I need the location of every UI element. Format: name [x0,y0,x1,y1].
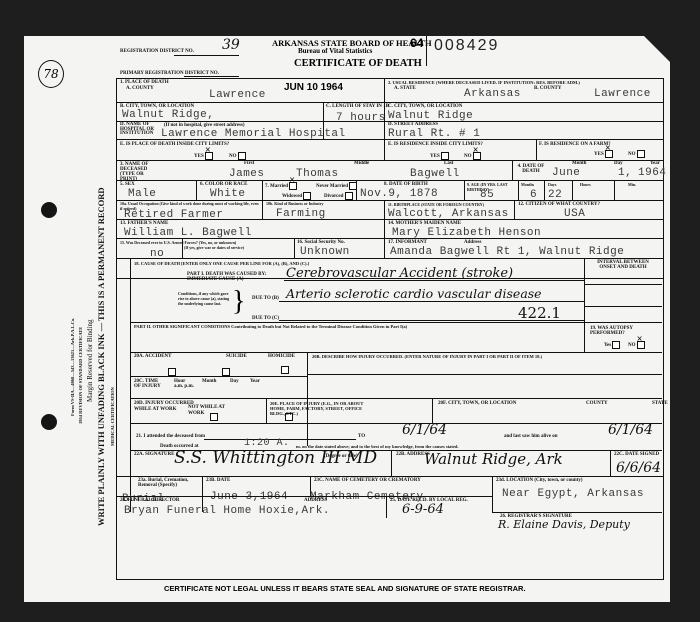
date-received: 6-9-64 [402,502,444,517]
res-inside-city-no[interactable]: NO [464,152,481,160]
farm-no[interactable]: NO [628,150,645,158]
interval-label: INTERVAL BETWEEN ONSET AND DEATH [588,260,658,270]
street-label: d. STREET ADDRESS [388,122,438,127]
residence-county: Lawrence [594,88,651,100]
yes-checkbox[interactable] [441,152,449,160]
year-label: Year [650,161,660,166]
hour-label: Hour a.m. p.m. [174,379,194,389]
birthplace: Walcott, Arkansas [388,208,509,220]
circled-number: 78 [38,60,64,88]
informant: Amanda Bagwell Rt 1, Walnut Ridge [390,246,624,258]
injury-city-label: 20f. CITY, TOWN, OR LOCATION [438,401,516,406]
father-name: William L. Bagwell [124,227,252,239]
brace: } [232,288,245,316]
death-month: June [552,167,580,179]
last-name: Bagwell [410,168,460,180]
date-of-death-label: 4. DATE OF DEATH [516,164,546,174]
industry-label: 10b. Kind of Business or Industry [266,201,324,206]
burial-date-label: 23b. DATE [206,478,230,483]
death-day: 1, [618,167,632,179]
armed-forces: no [150,248,164,260]
widowed-checkbox[interactable] [303,192,311,200]
director-address-label: ADDRESS [304,498,327,503]
funeral-director: Bryan Funeral Home Hoxie,Ark. [124,505,330,517]
part2-label: PART II. OTHER SIGNIFICANT CONDITIONS Co… [134,324,574,329]
residence-street: Rural Rt. # 1 [388,128,480,140]
months: 6 [530,189,537,201]
legal-notice: CERTIFICATE NOT LEGAL UNLESS IT BEARS ST… [164,584,526,593]
place-of-death-label: 1. PLACE OF DEATH [120,80,169,85]
day-label: Day [614,161,623,166]
burial-location: Near Egypt, Arkansas [502,488,644,500]
divorced-option[interactable]: Divorced [324,192,353,200]
armed-forces-dates-label: (If yes, give war or dates of service) [184,245,244,250]
reg-district-value: 39 [222,37,240,53]
county-label: a. COUNTY [126,86,154,91]
binding-note: Margin Reserved for Binding [86,320,94,403]
no-checkbox[interactable] [473,152,481,160]
autopsy-yes[interactable]: Yes [604,341,620,349]
certificate-number: 008429 [434,37,499,55]
homicide-checkbox[interactable] [281,366,289,374]
certificate-title: CERTIFICATE OF DEATH [294,58,422,69]
days-label: Days [548,182,556,187]
never-married-option[interactable]: Never Married [316,182,357,190]
farm-yes[interactable]: YES [594,150,613,158]
describe-injury-label: 20b. DESCRIBE HOW INJURY OCCURRED. (Ente… [312,354,542,359]
due-c-label: DUE TO (c) [252,316,279,321]
bureau-name: Bureau of Vital Statistics [298,47,372,55]
date-signed: 6/6/64 [616,460,661,476]
res-inside-city-yes[interactable]: YES [430,152,449,160]
never-married-checkbox[interactable] [349,182,357,190]
residence-city: Walnut Ridge [388,110,473,122]
res-inside-city-label: e. IS RESIDENCE INSIDE CITY LIMITS? [388,142,483,147]
homicide-label: HOMICIDE [268,354,295,359]
cause-label: 18. CAUSE OF DEATH [Enter only one cause… [134,261,309,266]
inside-city-no[interactable]: NO [229,152,246,160]
yes-checkbox[interactable] [605,150,613,158]
time-of-injury-label: 20c. TIME OF INJURY [134,379,164,389]
widowed-option[interactable]: Widowed [282,192,311,200]
stay-label: c. Length of Stay in 1b [326,104,389,109]
injury-state-label: STATE [652,401,668,406]
citizen: USA [564,208,585,220]
last-label: Last [444,161,453,166]
binding-hole [41,202,57,218]
race: White [210,188,246,200]
autopsy-yes-checkbox[interactable] [612,341,620,349]
ssn-label: 16. Social Security No. [297,240,345,245]
state-label: a. STATE [394,86,416,91]
middle-name: Thomas [296,168,339,180]
date-signed-label: 22c. DATE SIGNED [614,452,659,457]
dob-label: 8. DATE OF BIRTH [384,182,428,187]
immediate-cause: Cerebrovascular Accident (stroke) [286,266,513,281]
attended-label: 21. I attended the deceased from [136,434,205,439]
occupation: Retired Farmer [124,209,223,221]
autopsy-no[interactable]: NO [628,341,645,349]
citizen-label: 12. CITIZEN OF WHAT COUNTRY? [518,202,600,207]
injury-day-label: Day [230,379,239,384]
burial-method-label: 23a. Burial, Cremation, Removal (Specify… [138,478,198,488]
place-of-injury-label: 20e. PLACE OF INJURY (e.g., in or about … [270,401,370,416]
hospital-name: Lawrence Memorial Hospital [161,128,346,140]
signature-label: 22a. SIGNATURE [134,452,174,457]
received-stamp: JUN 10 1964 [284,82,343,93]
hospital-label: d. NAME OF HOSPITAL OR INSTITUTION [120,123,160,137]
year-code: 64 [410,36,423,50]
death-city: Walnut Ridge, [122,109,214,121]
attended-to: 6/1/64 [402,422,447,438]
physician-address: Walnut Ridge, Ark [424,450,563,468]
informant-label: 17. INFORMANT [388,240,427,245]
res-city-label: c. CITY, TOWN, OR LOCATION [388,104,462,109]
industry: Farming [276,208,326,220]
injury-month-label: Month [202,379,216,384]
res-county-label: b. COUNTY [534,86,562,91]
birthplace-label: 11. BIRTHPLACE (State or foreign country… [388,202,484,207]
months-label: Months [521,182,534,187]
last-saw-date: 6/1/64 [608,422,653,438]
informant-address-label: Address [464,240,481,245]
date-of-birth: Nov.9, 1878 [360,188,438,200]
death-year: 1964 [638,167,666,179]
first-label: First [244,161,254,166]
yes-checkbox[interactable] [205,152,213,160]
location-label: 23d. LOCATION (City, town, or county) [496,478,583,483]
ink-instruction: WRITE PLAINLY WITH UNFADING BLACK INK — … [96,187,106,526]
residence-state: Arkansas [464,88,521,100]
race-label: 6. COLOR OR RACE [200,182,248,187]
no-checkbox[interactable] [238,152,246,160]
mother-label: 14. MOTHER'S MAIDEN NAME [388,221,461,226]
reg-district-label: Registration District No. [120,49,194,54]
form-number: Form VS-IIA—4868—543—13621—Ark.P.A.L.Co. [70,318,75,416]
first-name: James [229,168,265,180]
hours-label: Hours [580,182,591,187]
at-work-label: 20d. INJURY OCCURRED WHILE AT WORK [134,401,194,413]
binding-hole [41,414,57,430]
married-checkbox[interactable] [289,182,297,190]
due-b-label: DUE TO (b) [252,296,279,301]
sex: Male [128,188,156,200]
farm-label: f. IS RESIDENCE ON A FARM? [539,142,611,147]
married-option[interactable]: 7. Married [265,182,297,190]
residence-label: 2. USUAL RESIDENCE (Where deceased lived… [388,80,580,85]
cemetery-label: 23c. NAME OF CEMETERY OR CREMATORY [314,478,421,483]
days: 22 [548,189,562,201]
last-saw-label: and last saw him alive on [504,434,557,439]
min-label: Min. [628,182,636,187]
accident-label: 20a. ACCIDENT [134,354,172,359]
inside-city-yes[interactable]: YES [194,152,213,160]
conditions-label: Conditions, if any which gave rise to ab… [178,291,233,306]
registrar-signature: R. Elaine Davis, Deputy [498,518,630,531]
injury-county-label: COUNTY [586,401,608,406]
divorced-checkbox[interactable] [345,192,353,200]
due-to-b: Arterio sclerotic cardio vascular diseas… [286,286,542,301]
ssn: Unknown [300,246,350,258]
revision-note: 1954 REVISION OF STANDARD CERTIFICATE [78,327,83,424]
age: 85 [480,189,494,201]
part1-label: PART I. DEATH WAS CAUSED BY: IMMEDIATE C… [187,272,287,282]
no-checkbox[interactable] [637,150,645,158]
middle-label: Middle [354,161,369,166]
not-at-work-label: NOT WHILE AT WORK [188,405,233,417]
physician-signature: S.S. Whittington III MD [174,448,377,468]
length-of-stay: 7 hours [336,112,386,124]
death-certificate: 78 Form VS-IIA—4868—543—13621—Ark.P.A.L.… [24,36,670,602]
death-county: Lawrence [209,89,266,101]
father-label: 13. FATHER'S NAME [120,221,168,226]
suicide-label: SUICIDE [226,354,247,359]
mother-name: Mary Elizabeth Henson [392,227,541,239]
cause-code: 422.1 [518,304,561,322]
sex-label: 5. SEX [120,182,135,187]
to-label: to [358,434,365,439]
injury-year-label: Year [250,379,260,384]
name-label: 3. NAME OF DECEASED (Type or print) [120,162,160,182]
medical-certification-label: MEDICAL CERTIFICATION [110,387,115,446]
inside-city-label: e. IS PLACE OF DEATH INSIDE CITY LIMITS? [120,142,229,147]
funeral-director-label: 24. FUNERAL DIRECTOR [120,498,180,503]
month-label: Month [572,161,586,166]
autopsy-no-checkbox[interactable] [637,341,645,349]
